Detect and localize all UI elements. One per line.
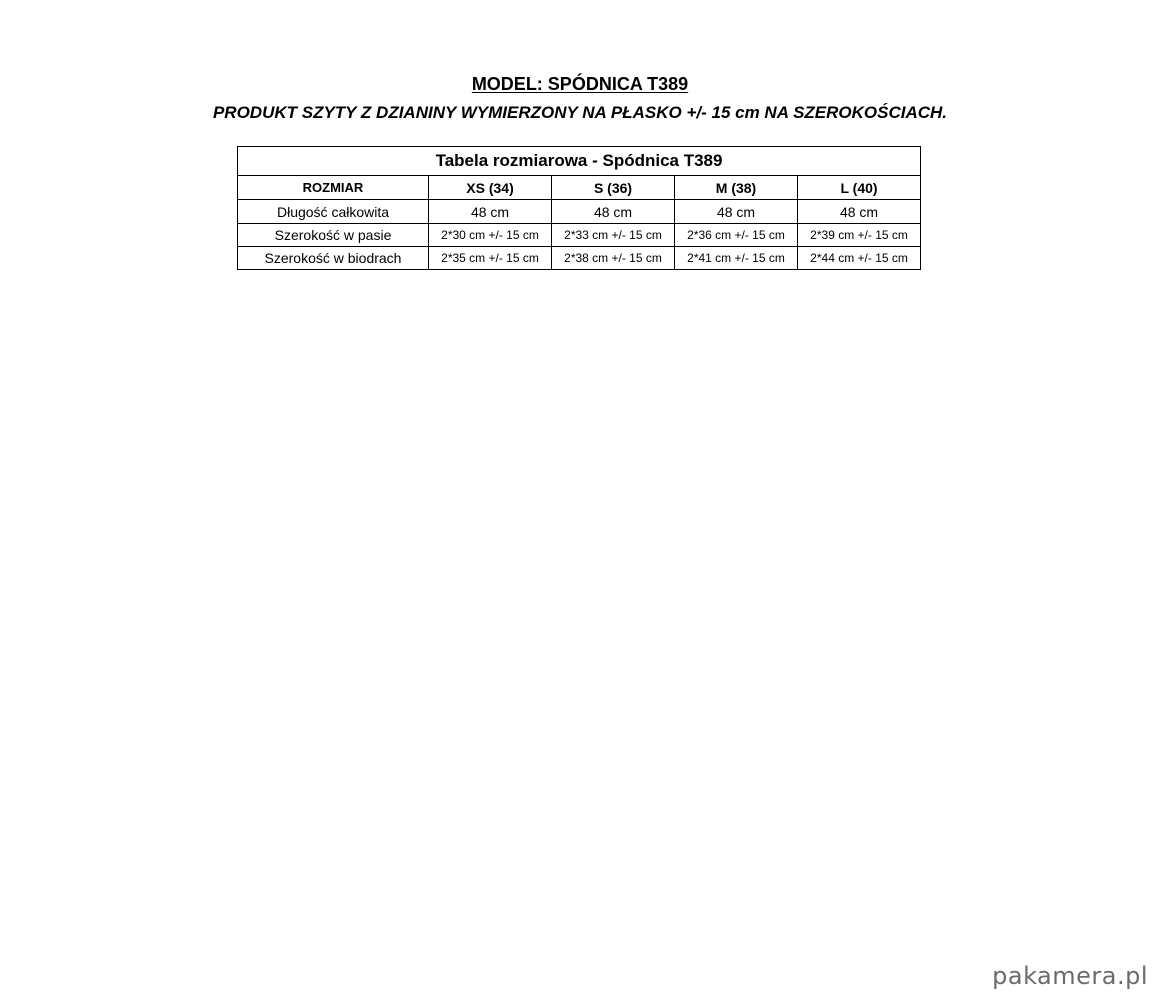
row-label: Długość całkowita: [238, 200, 429, 224]
cell: 2*30 cm +/- 15 cm: [429, 224, 552, 247]
cell: 2*36 cm +/- 15 cm: [675, 224, 798, 247]
table-row: Szerokość w pasie 2*30 cm +/- 15 cm 2*33…: [238, 224, 921, 247]
size-table-caption: Tabela rozmiarowa - Spódnica T389: [238, 147, 921, 176]
model-title: MODEL: SPÓDNICA T389: [0, 72, 1160, 96]
cell: 2*35 cm +/- 15 cm: [429, 247, 552, 270]
size-table-header-row: ROZMIAR XS (34) S (36) M (38) L (40): [238, 176, 921, 200]
size-table-caption-row: Tabela rozmiarowa - Spódnica T389: [238, 147, 921, 176]
cell: 2*33 cm +/- 15 cm: [552, 224, 675, 247]
product-note: PRODUKT SZYTY Z DZIANINY WYMIERZONY NA P…: [0, 101, 1160, 125]
cell: 48 cm: [552, 200, 675, 224]
row-label: Szerokość w pasie: [238, 224, 429, 247]
header-m: M (38): [675, 176, 798, 200]
size-table: Tabela rozmiarowa - Spódnica T389 ROZMIA…: [237, 146, 921, 270]
pakamera-watermark: pakamera.pl: [992, 962, 1148, 990]
cell: 2*44 cm +/- 15 cm: [798, 247, 921, 270]
model-title-text: MODEL: SPÓDNICA T389: [472, 74, 688, 94]
header-xs: XS (34): [429, 176, 552, 200]
table-row: Szerokość w biodrach 2*35 cm +/- 15 cm 2…: [238, 247, 921, 270]
cell: 2*41 cm +/- 15 cm: [675, 247, 798, 270]
header-size: ROZMIAR: [238, 176, 429, 200]
cell: 48 cm: [798, 200, 921, 224]
header-l: L (40): [798, 176, 921, 200]
cell: 48 cm: [429, 200, 552, 224]
table-row: Długość całkowita 48 cm 48 cm 48 cm 48 c…: [238, 200, 921, 224]
header-s: S (36): [552, 176, 675, 200]
cell: 2*39 cm +/- 15 cm: [798, 224, 921, 247]
row-label: Szerokość w biodrach: [238, 247, 429, 270]
cell: 48 cm: [675, 200, 798, 224]
cell: 2*38 cm +/- 15 cm: [552, 247, 675, 270]
